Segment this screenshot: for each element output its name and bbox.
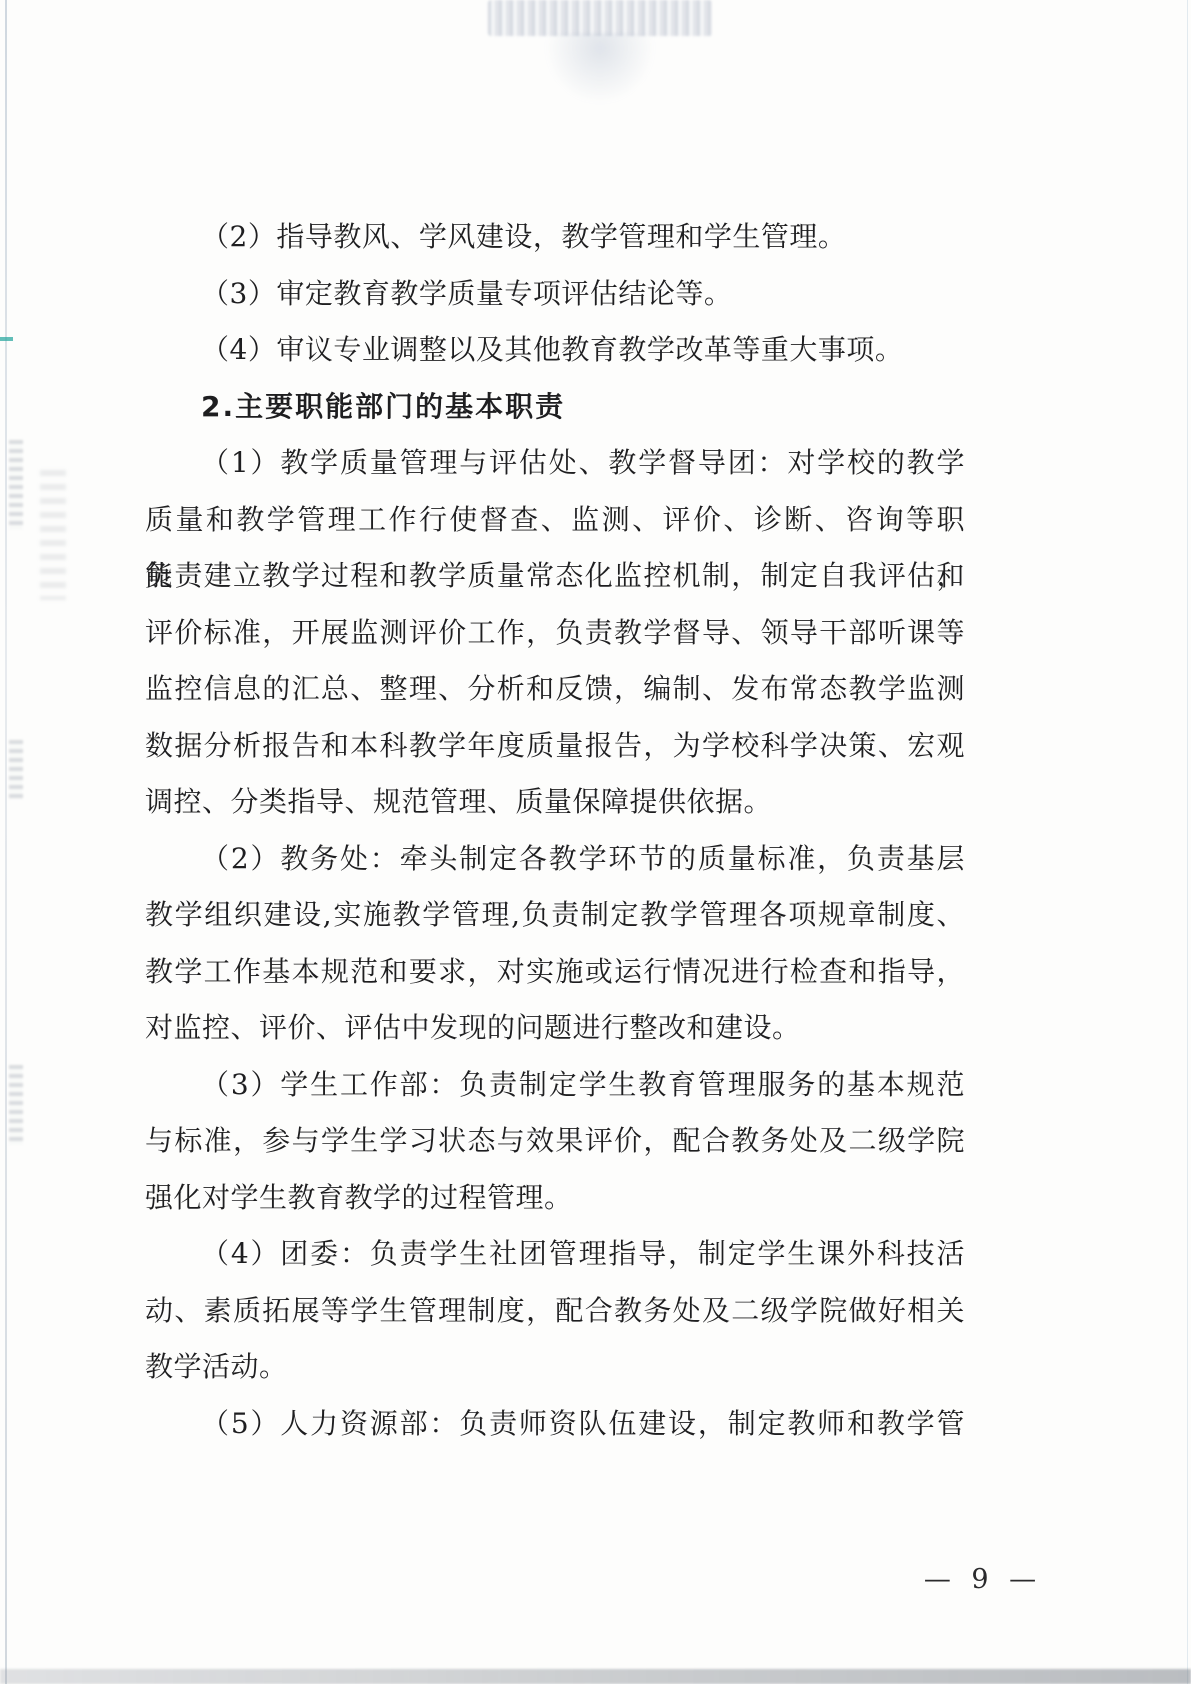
scan-ghost-mark (9, 440, 23, 530)
text-line: 教学工作基本规范和要求，对实施或运行情况进行检查和指导， (145, 944, 965, 1001)
text-line: 负责建立教学过程和教学质量常态化监控机制，制定自我评估和 (145, 548, 965, 605)
text-line: （3）学生工作部：负责制定学生教育管理服务的基本规范 (145, 1057, 965, 1114)
scan-smudge-top (488, 0, 712, 36)
page-number: — 9 — (900, 1560, 1060, 1600)
text-line: 对监控、评价、评估中发现的问题进行整改和建设。 (145, 1000, 965, 1057)
text-line: 质量和教学管理工作行使督查、监测、评价、诊断、咨询等职能， (145, 492, 965, 549)
text-line: （2）指导教风、学风建设，教学管理和学生管理。 (145, 209, 965, 266)
text-line: （4）审议专业调整以及其他教育教学改革等重大事项。 (145, 322, 965, 379)
text-line: 教学活动。 (145, 1339, 965, 1396)
scan-smudge-top-tail (545, 34, 655, 104)
text-line: 调控、分类指导、规范管理、质量保障提供依据。 (145, 774, 965, 831)
text-line: 动、素质拓展等学生管理制度，配合教务处及二级学院做好相关 (145, 1283, 965, 1340)
text-line: 教学组织建设,实施教学管理,负责制定教学管理各项规章制度、 (145, 887, 965, 944)
scan-band-bottom (0, 1669, 1191, 1684)
document-text: （2）指导教风、学风建设，教学管理和学生管理。 （3）审定教育教学质量专项评估结… (145, 209, 965, 1452)
text-line: 与标准，参与学生学习状态与效果评价，配合教务处及二级学院 (145, 1113, 965, 1170)
text-line: （5）人力资源部：负责师资队伍建设，制定教师和教学管 (145, 1396, 965, 1453)
document-page: （2）指导教风、学风建设，教学管理和学生管理。 （3）审定教育教学质量专项评估结… (0, 0, 1191, 1684)
text-line: （4）团委：负责学生社团管理指导，制定学生课外科技活 (145, 1226, 965, 1283)
text-line: （3）审定教育教学质量专项评估结论等。 (145, 266, 965, 323)
scan-ghost-mark (9, 740, 23, 800)
text-line: 评价标准，开展监测评价工作，负责教学督导、领导干部听课等 (145, 605, 965, 662)
text-line: 数据分析报告和本科教学年度质量报告，为学校科学决策、宏观 (145, 718, 965, 775)
scan-edge-right (1187, 0, 1189, 1684)
text-line: （2）教务处：牵头制定各教学环节的质量标准，负责基层 (145, 831, 965, 888)
text-line: 强化对学生教育教学的过程管理。 (145, 1170, 965, 1227)
scan-ghost-mark (40, 470, 66, 600)
scan-edge-left (5, 0, 7, 1684)
scan-ghost-mark (9, 1065, 23, 1145)
text-line: （1）教学质量管理与评估处、教学督导团：对学校的教学 (145, 435, 965, 492)
scan-tick-teal (0, 337, 13, 341)
section-heading: 2.主要职能部门的基本职责 (145, 379, 965, 436)
text-line: 监控信息的汇总、整理、分析和反馈，编制、发布常态教学监测 (145, 661, 965, 718)
